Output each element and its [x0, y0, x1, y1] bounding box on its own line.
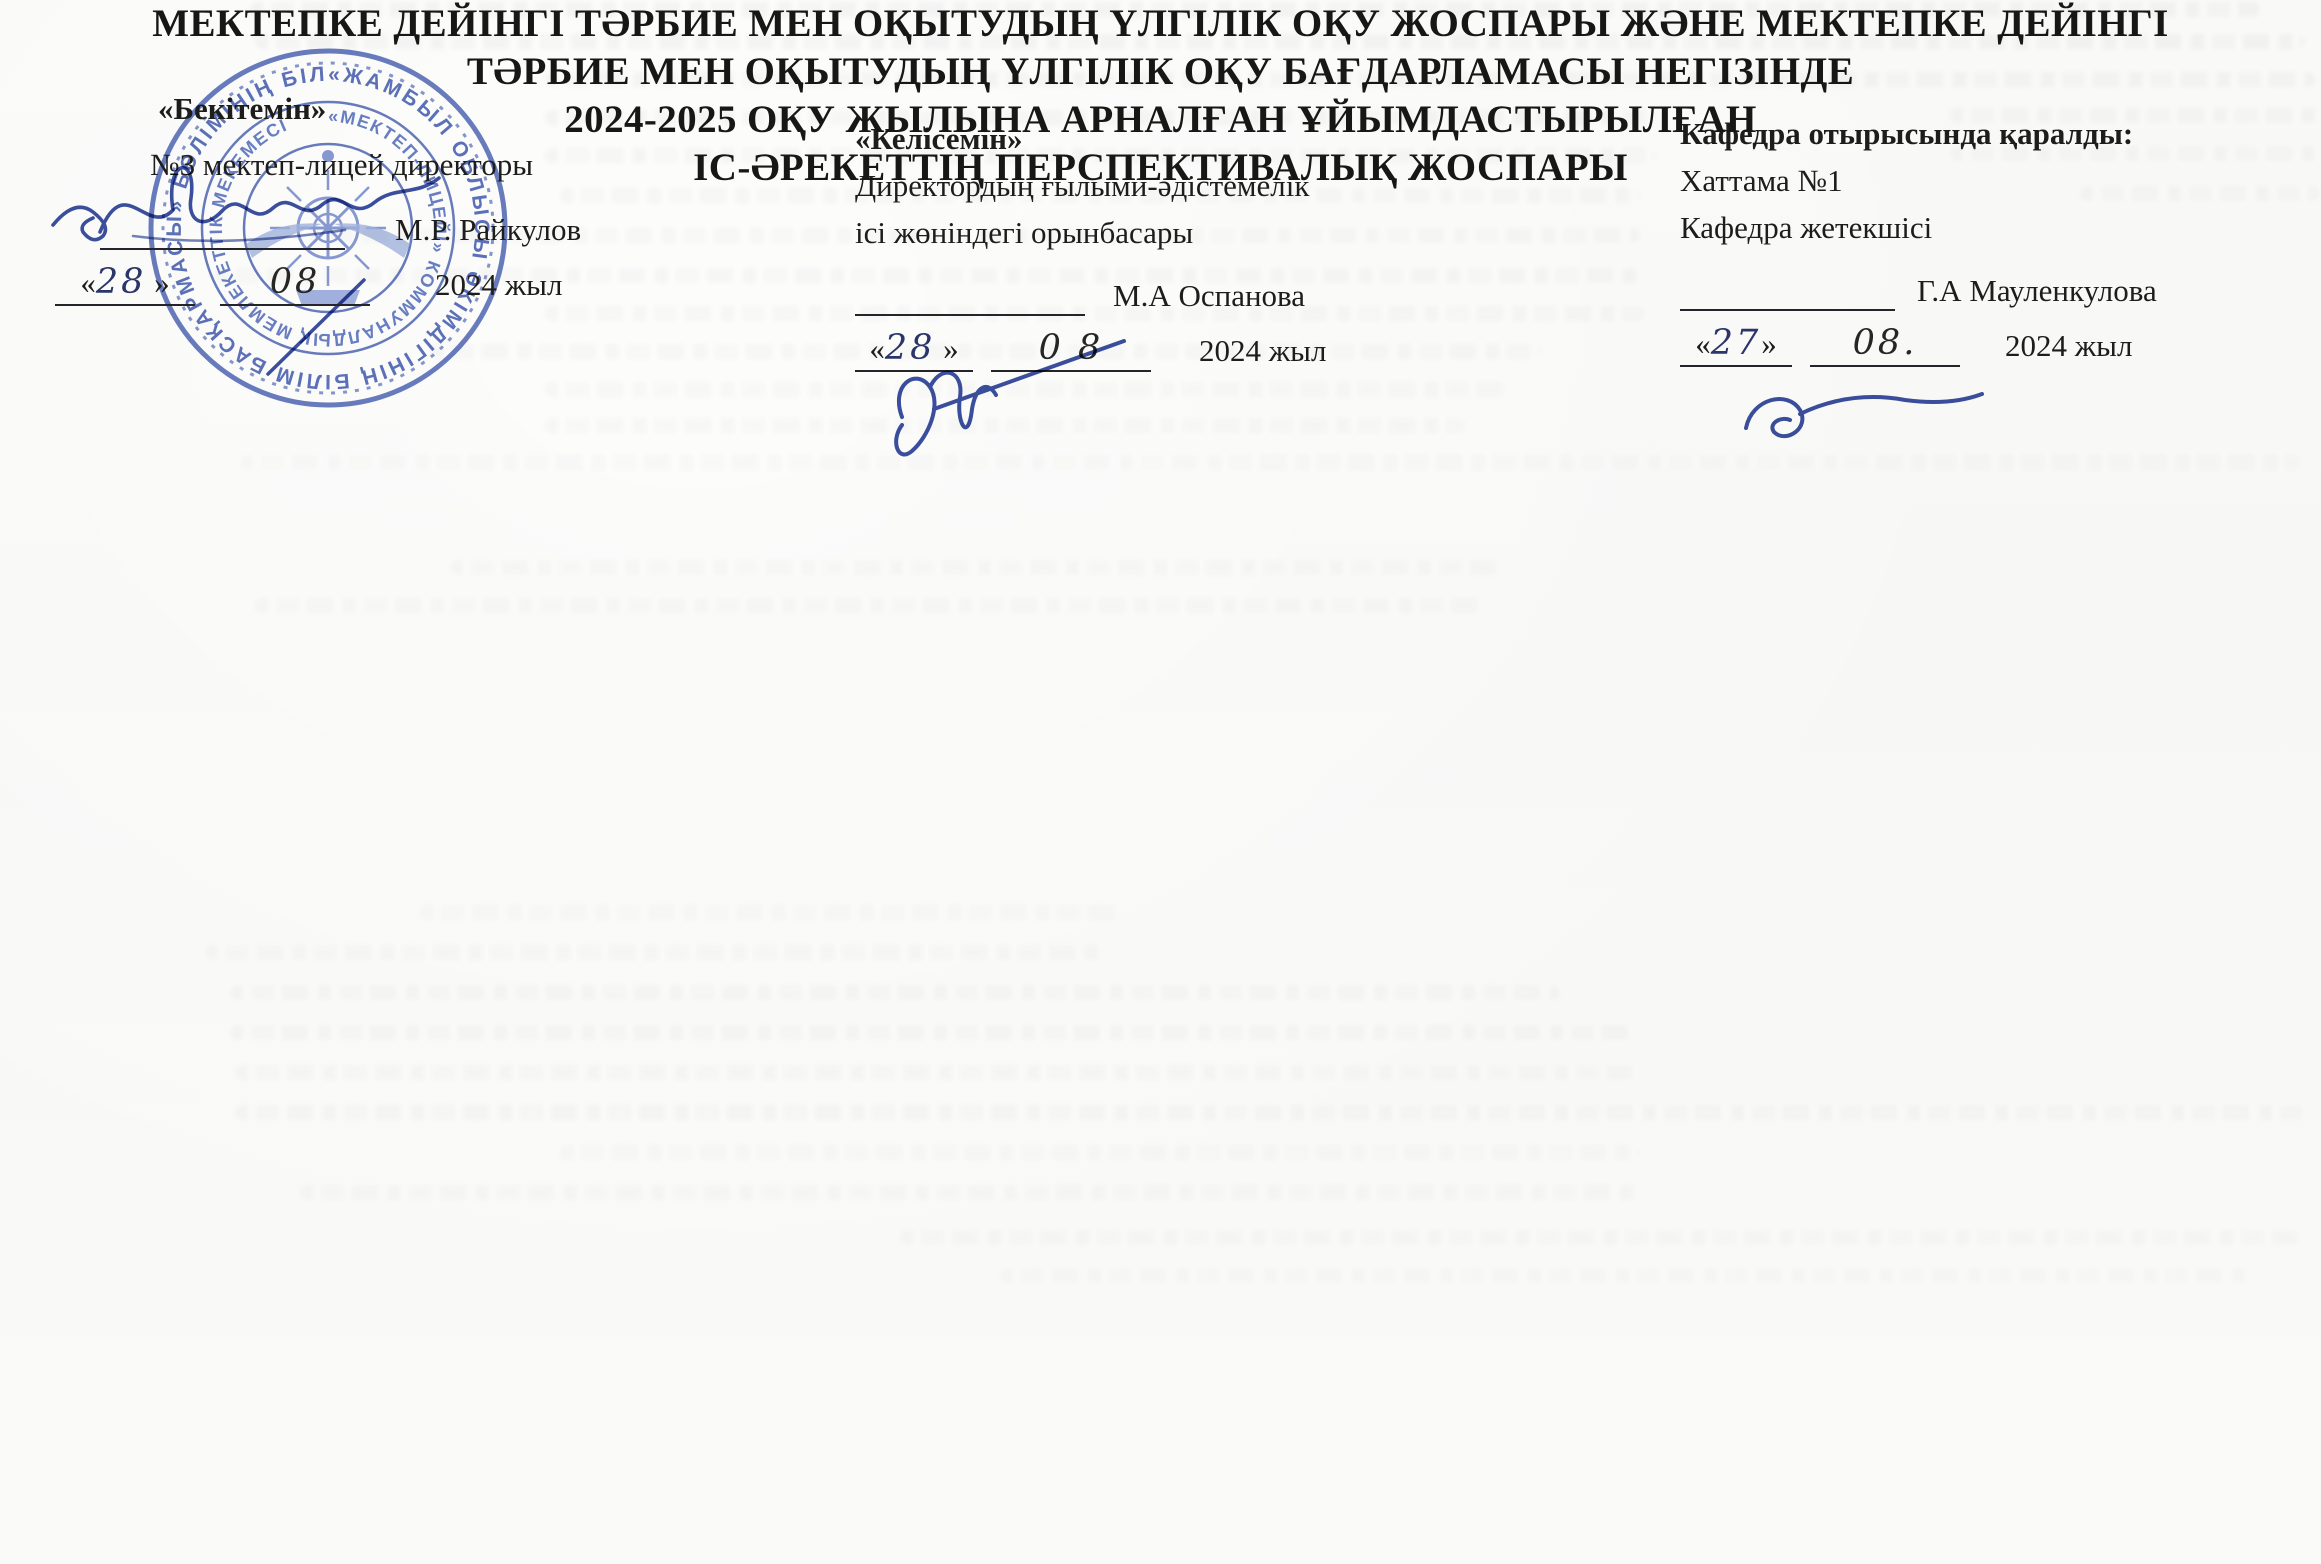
signature-line — [855, 274, 1085, 316]
quote-open: « — [80, 265, 96, 300]
quote-open: « — [1695, 326, 1711, 361]
title-line-1: МЕКТЕПКЕ ДЕЙІНГІ ТӘРБИЕ МЕН ОҚЫТУДЫҢ ҮЛГ… — [0, 0, 2321, 48]
handwritten-day: 28 — [96, 262, 147, 302]
title-line-3: 2024-2025 ОҚУ ЖЫЛЫНА АРНАЛҒАН ҰЙЫМДАСТЫР… — [0, 96, 2321, 144]
handwritten-month: 08. — [1810, 323, 1960, 367]
title-line-4: ІС-ӘРЕКЕТТІҢ ПЕРСПЕКТИВАЛЫҚ ЖОСПАРЫ — [0, 144, 2321, 192]
document-page: «ЖАМБЫЛ ОБЛЫСЫ ӘКІМДІГІНІҢ БІЛІМ БАСҚАРМ… — [0, 0, 2321, 1564]
deputy-signature — [872, 325, 1152, 475]
bleed-through-line — [205, 945, 1105, 960]
handwritten-month: 08 — [220, 262, 370, 306]
year-label: 2024 жыл — [2005, 325, 2132, 367]
year-label: 2024 жыл — [1199, 330, 1326, 372]
department-head-name: Г.А Мауленкулова — [1917, 271, 2157, 311]
bleed-through-line — [230, 1025, 1640, 1040]
role-line-2: ісі жөніндегі орынбасары — [855, 209, 1455, 256]
bleed-through-line — [255, 598, 1485, 613]
date-day-slot: «28 » — [55, 262, 195, 306]
signature-line — [1680, 269, 1895, 311]
department-head-role: Кафедра жетекшісі — [1680, 204, 2320, 251]
date-day-slot: «27» — [1680, 323, 1792, 367]
quote-close: » — [1761, 326, 1777, 361]
bleed-through-line — [235, 1105, 2305, 1120]
bleed-through-line — [900, 1230, 2300, 1245]
bleed-through-line — [450, 560, 1500, 575]
bleed-through-line — [420, 905, 1120, 920]
year-label: 2024 жыл — [435, 264, 562, 306]
bleed-through-line — [560, 1145, 1640, 1160]
bleed-through-line — [1000, 1268, 2250, 1283]
document-title: МЕКТЕПКЕ ДЕЙІНГІ ТӘРБИЕ МЕН ОҚЫТУДЫҢ ҮЛГ… — [0, 0, 2321, 192]
deputy-name: М.А Оспанова — [1113, 276, 1305, 316]
bleed-through-line — [300, 1185, 1640, 1200]
quote-close: » — [154, 265, 170, 300]
bleed-through-line — [235, 1065, 1635, 1080]
department-head-signature — [1730, 372, 2000, 467]
title-line-2: ТӘРБИЕ МЕН ОҚЫТУДЫҢ ҮЛГІЛІК ОҚУ БАҒДАРЛА… — [0, 48, 2321, 96]
handwritten-day: 27 — [1711, 323, 1762, 363]
bleed-through-line — [230, 985, 1560, 1000]
